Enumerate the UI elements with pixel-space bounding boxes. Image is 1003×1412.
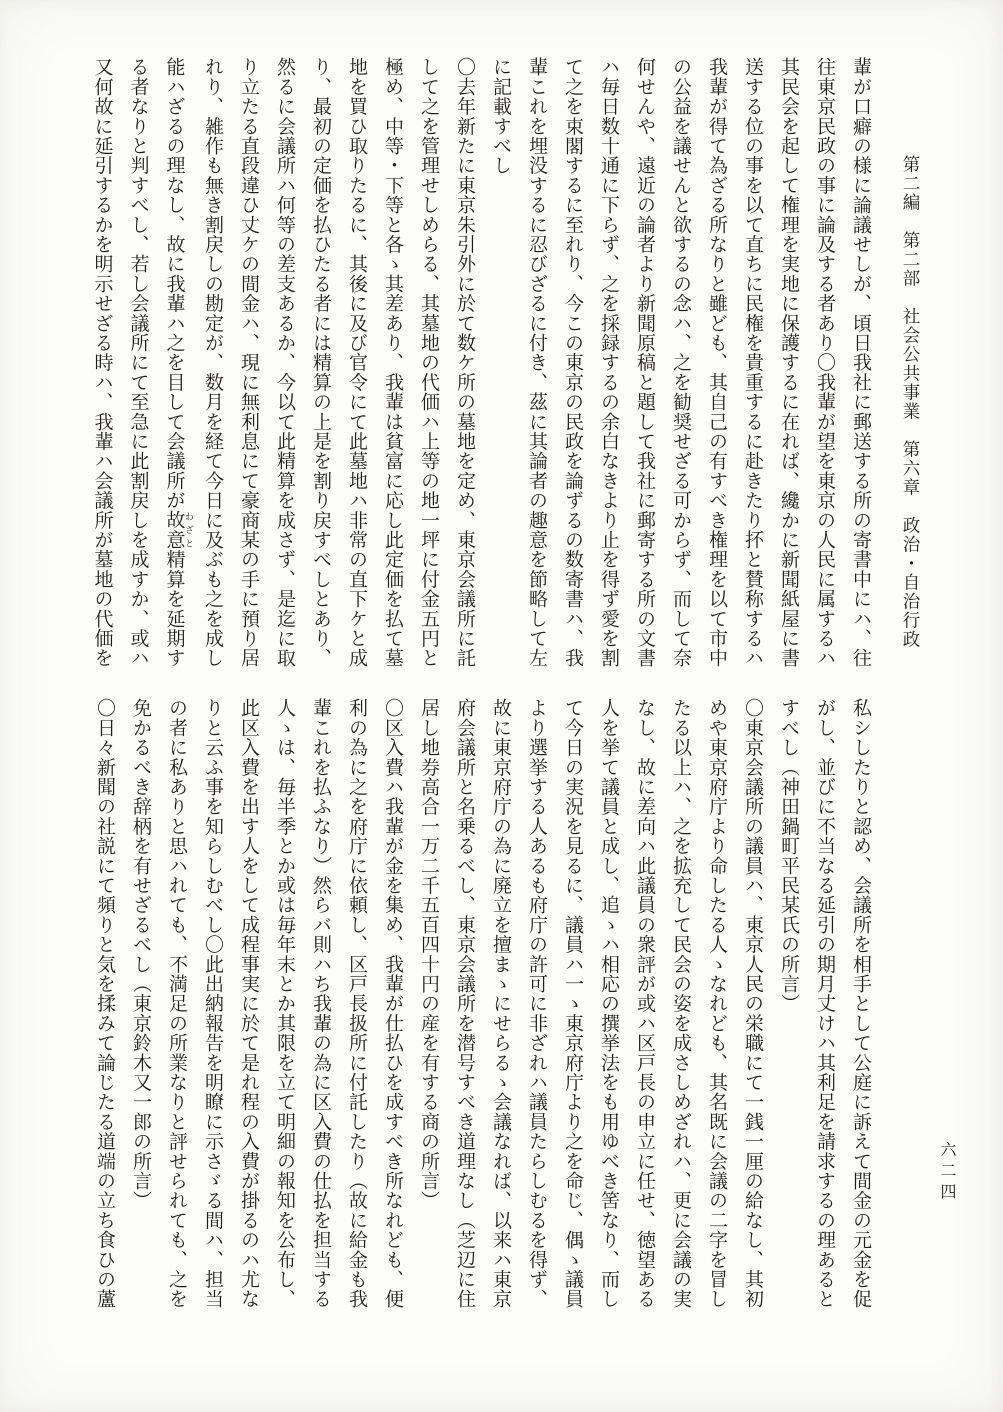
bottom-text-column-3: すべし（神田鍋町平民某氏の所言） bbox=[770, 698, 806, 1318]
bottom-text-column-11: 故に東京府庁の為に廃立を擅まゝにせらるゝ会議なれば、以来ハ東京 bbox=[482, 698, 518, 1318]
top-text-block: 輩が口癖の様に論議せしが、頃日我社に郵送する所の寄書中にハ、往往東京民政の事に論… bbox=[84, 57, 878, 675]
top-text-column-8: ハ毎日数十通に下らず、之を採録するの余白なきより止を得ず愛を割 bbox=[590, 57, 626, 675]
bottom-text-column-17: 人ゝは、毎半季とか或は毎年末とか其限を立て明細の報知を公布し、 bbox=[266, 698, 302, 1318]
top-text-column-20-ruby: 故意わざと bbox=[164, 510, 185, 549]
top-text-column-7: 何せんや、遠近の論者より新聞原稿と題して我社に郵寄する所の文書 bbox=[626, 57, 662, 675]
top-text-column-9: て之を束閣するに至れり、今この東京の民政を論ずるの数寄書ハ、我 bbox=[554, 57, 590, 675]
top-text-column-17: 然るに会議所ハ何等の差支あるか、今以て此精算を成さず、是迄に取 bbox=[266, 57, 302, 675]
page-number: 六二四 bbox=[934, 1141, 958, 1204]
bottom-text-block: 私シしたりと認め、会議所を相手として公庭に訴えて間金の元金を促がし、並びに不当な… bbox=[84, 698, 878, 1318]
top-text-column-11: に記載すべし bbox=[482, 57, 518, 675]
bottom-text-column-14: 〇区入費ハ我輩が金を集め、我輩が仕払ひを成すべき所なれども、便 bbox=[374, 698, 410, 1318]
top-text-column-1: 輩が口癖の様に論議せしが、頃日我社に郵送する所の寄書中にハ、往 bbox=[842, 57, 878, 675]
top-text-column-12: 〇去年新たに東京朱引外に於て数ケ所の墓地を定め、東京会議所に託 bbox=[446, 57, 482, 675]
top-text-column-13: して之を管理せしめらる、其墓地の代価ハ上等の地一坪に付金五円と bbox=[410, 57, 446, 675]
bottom-text-column-6: たる以上ハ、之を拡充して民会の姿を成さしめざれハ、更に会議の実 bbox=[662, 698, 698, 1318]
scanned-page: 第二編 第二部 社会公共事業 第六章 政治・自治行政 輩が口癖の様に論議せしが、… bbox=[0, 0, 1003, 1412]
bottom-text-column-12: 府会議所と名乗るべし、東京会議所を潜号すべき道理なし（芝辺に住 bbox=[446, 698, 482, 1318]
bottom-text-column-7: なし、故に差向ハ此議員の衆評が或ハ区戸長の申立に任せ、徳望ある bbox=[626, 698, 662, 1318]
top-text-column-14: 極め、中等・下等と各ゝ其差あり、我輩は貧富に応し此定価を払て墓 bbox=[374, 57, 410, 675]
bottom-text-column-10: より選挙する人あるも府庁の許可に非ざれハ議員たらしむるを得ず、 bbox=[518, 698, 554, 1318]
top-text-column-16: り、最初の定価を払ひたる者には精算の上是を割り戻すべしとあり、 bbox=[302, 57, 338, 675]
top-text-column-5: 我輩が得て為ざる所なりと雖ども、其自己の有すべき権理を以て市中 bbox=[698, 57, 734, 675]
bottom-text-column-22: 〇日々新聞の社説にて頻りと気を揉みて論じたる道端の立ち食ひの蘆 bbox=[86, 698, 122, 1318]
top-text-column-22: 又何故に延引するかを明示せざる時ハ、我輩ハ会議所が墓地の代価を bbox=[84, 57, 120, 675]
bottom-text-column-4: 〇東京会議所の議員ハ、東京人民の栄職にて一銭一厘の給なし、其初 bbox=[734, 698, 770, 1318]
top-text-column-4: 送する位の事を以て直ちに民権を貴重するに赴きたり抔と賛称するハ bbox=[734, 57, 770, 675]
top-text-column-6: の公益を議せんと欲するの念ハ、之を勧奨せざる可からず、而して奈 bbox=[662, 57, 698, 675]
bottom-text-column-9: て今日の実況を見るに、議員ハ一ゝ東京府庁より之を命じ、偶ゝ議員 bbox=[554, 698, 590, 1318]
bottom-text-column-2: がし、並びに不当なる延引の期月丈けハ其利足を請求するの理あると bbox=[806, 698, 842, 1318]
top-text-column-18: り立たる直段違ひ丈ケの間金ハ、現に無利息にて豪商某の手に預り居 bbox=[230, 57, 266, 675]
bottom-text-column-20: の者に私ありと思ハれても、不満足の所業なりと評せられても、之を bbox=[158, 698, 194, 1318]
top-text-column-20: 能ハざるの理なし、故に我輩ハ之を目して会議所が故意わざと精算を延期す bbox=[156, 57, 195, 675]
bottom-text-column-19: りと云ふ事を知らしむべし〇此出納報告を明瞭に示さゞる間ハ、担当 bbox=[194, 698, 230, 1318]
top-text-column-2: 往東京民政の事に論及する者あり〇我輩が望を東京の人民に属するハ bbox=[806, 57, 842, 675]
bottom-text-column-13: 居し地券高合一万二千五百四十円の産を有する商の所言） bbox=[410, 698, 446, 1318]
bottom-text-column-5: めや東京府庁より命したる人ゝなれども、其名既に会議の二字を冒し bbox=[698, 698, 734, 1318]
top-text-column-19: れり、雑作も無き割戻しの勘定が、数月を経て今日に及ぶも之を成し bbox=[194, 57, 230, 675]
bottom-text-column-15: 利の為に之を府庁に依頼し、区戸長扱所に付託したり（故に給金も我 bbox=[338, 698, 374, 1318]
bottom-text-column-1: 私シしたりと認め、会議所を相手として公庭に訴えて間金の元金を促 bbox=[842, 698, 878, 1318]
bottom-text-column-18: 此区入費を出す人をして成程事実に於て是れ程の入費が掛るのハ尤な bbox=[230, 698, 266, 1318]
top-text-column-3: 其民会を起して権理を実地に保護するに在れば、纔かに新聞紙屋に書 bbox=[770, 57, 806, 675]
bottom-text-column-8: 人を挙て議員と成し、追ゝハ相応の撰挙法をも用ゆべき筈なり、而し bbox=[590, 698, 626, 1318]
bottom-text-column-21: 免かるべき辞柄を有せざるべし（東京鈴木又一郎の所言） bbox=[122, 698, 158, 1318]
bottom-text-column-16: 輩これを払ふなり）然らバ則ハち我輩の為に区入費の仕払を担当する bbox=[302, 698, 338, 1318]
running-header: 第二編 第二部 社会公共事業 第六章 政治・自治行政 bbox=[896, 155, 926, 715]
top-text-column-10: 輩これを埋没するに忍びざるに付き、茲に其論者の趣意を節略して左 bbox=[518, 57, 554, 675]
top-text-column-15: 地を買ひ取りたるに、其後に及び官令にて此墓地ハ非常の直下ケと成 bbox=[338, 57, 374, 675]
top-text-column-21: る者なりと判すべし、若し会議所にて至急に此割戻しを成すか、或ハ bbox=[120, 57, 156, 675]
